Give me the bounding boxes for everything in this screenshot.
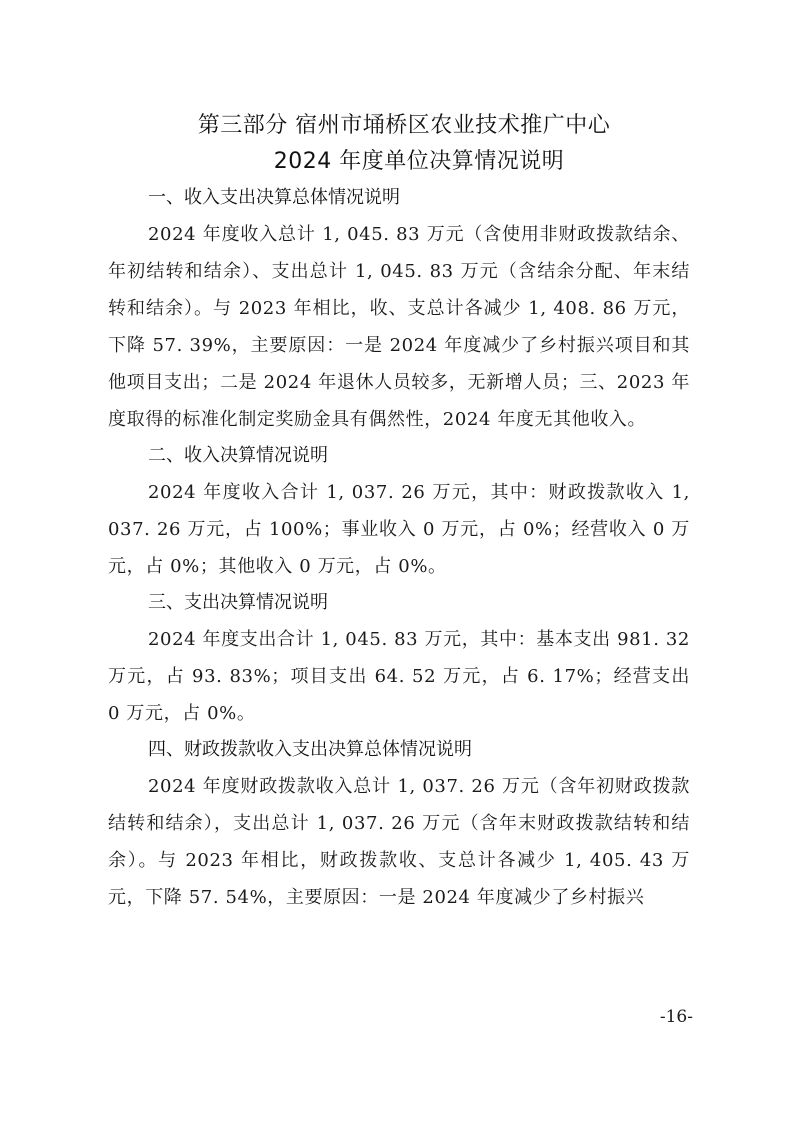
document-title-line2: 2024 年度单位决算情况说明	[108, 144, 690, 180]
page-number: -16-	[660, 1007, 693, 1027]
section-paragraph: 2024 年度财政拨款收入总计 1, 037. 26 万元（含年初财政拨款结转和…	[108, 768, 690, 916]
document-title-line1: 第三部分 宿州市埇桥区农业技术推广中心	[108, 108, 690, 144]
section-paragraph: 2024 年度支出合计 1, 045. 83 万元，其中：基本支出 981. 3…	[108, 621, 690, 732]
section-heading: 二、收入决算情况说明	[108, 438, 690, 474]
section-fiscal-appropriation: 四、财政拨款收入支出决算总体情况说明 2024 年度财政拨款收入总计 1, 03…	[108, 732, 690, 916]
section-income: 二、收入决算情况说明 2024 年度收入合计 1, 037. 26 万元，其中：…	[108, 438, 690, 585]
section-heading: 三、支出决算情况说明	[108, 585, 690, 621]
section-heading: 四、财政拨款收入支出决算总体情况说明	[108, 732, 690, 768]
section-paragraph: 2024 年度收入总计 1, 045. 83 万元（含使用非财政拨款结余、年初结…	[108, 216, 690, 438]
document-page: 第三部分 宿州市埇桥区农业技术推广中心 2024 年度单位决算情况说明 一、收入…	[108, 108, 690, 916]
section-paragraph: 2024 年度收入合计 1, 037. 26 万元，其中：财政拨款收入 1, 0…	[108, 474, 690, 585]
section-heading: 一、收入支出决算总体情况说明	[108, 180, 690, 216]
section-income-expenditure-overview: 一、收入支出决算总体情况说明 2024 年度收入总计 1, 045. 83 万元…	[108, 180, 690, 438]
section-expenditure: 三、支出决算情况说明 2024 年度支出合计 1, 045. 83 万元，其中：…	[108, 585, 690, 732]
